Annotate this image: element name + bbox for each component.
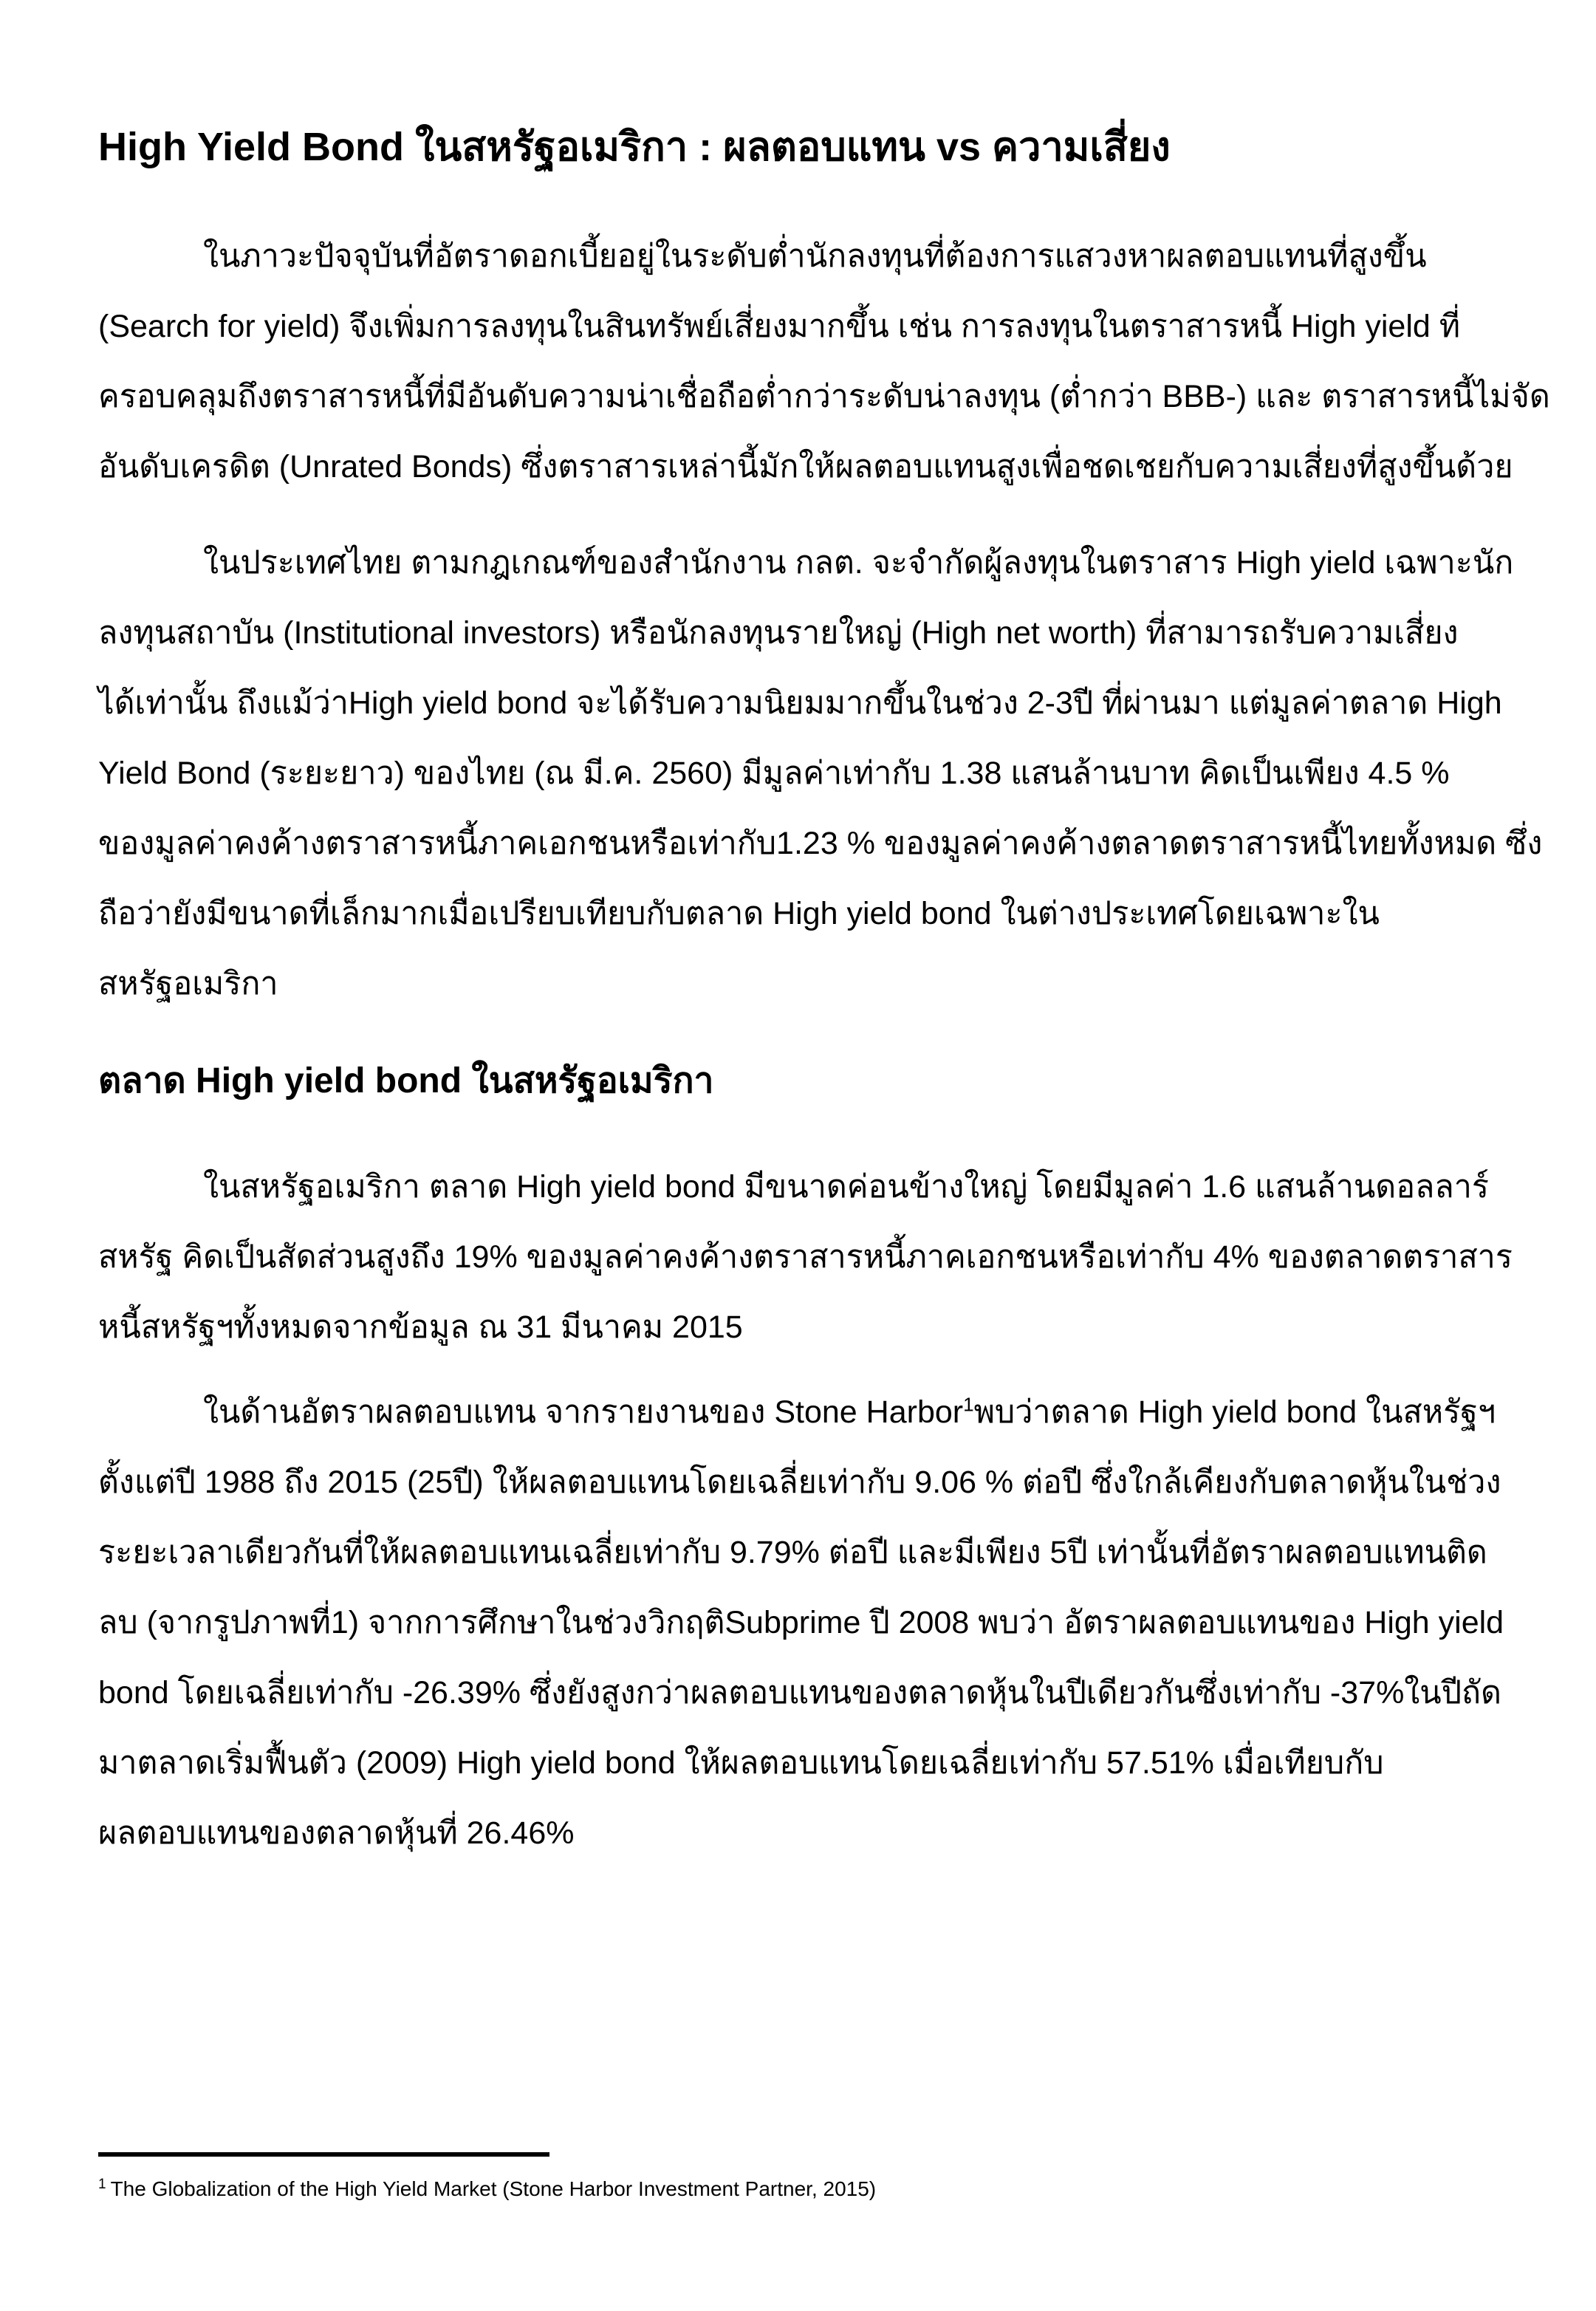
footnote-marker: 1 xyxy=(98,2177,106,2192)
paragraph-line: bond โดยเฉลี่ยเท่ากับ -26.39% ซึ่งยังสูง… xyxy=(98,1658,1501,1728)
paragraph-line: ผลตอบแทนของตลาดหุ้นที่ 26.46% xyxy=(98,1798,1501,1869)
paragraph-line: อันดับเครดิต (Unrated Bonds) ซึ่งตราสารเ… xyxy=(98,432,1501,502)
section-heading-us-market: ตลาด High yield bond ในสหรัฐอเมริกา xyxy=(98,1055,1501,1108)
footnote-separator-rule xyxy=(98,2152,549,2157)
paragraph-line: ตั้งแต่ปี 1988 ถึง 2015 (25ปี) ให้ผลตอบแ… xyxy=(98,1448,1501,1518)
paragraph-line: ในประเทศไทย ตามกฎเกณฑ์ของสำนักงาน กลต. จ… xyxy=(98,528,1501,598)
footnote-reference-superscript: 1 xyxy=(963,1394,973,1416)
document-title: High Yield Bond ในสหรัฐอเมริกา : ผลตอบแท… xyxy=(98,120,1501,174)
paragraph-line: ในภาวะปัจจุบันที่อัตราดอกเบี้ยอยู่ในระดั… xyxy=(98,222,1501,292)
paragraph-line-text: พบว่าตลาด High yield bond ในสหรัฐฯ xyxy=(974,1394,1496,1430)
paragraph-line: Yield Bond (ระยะยาว) ของไทย (ณ มี.ค. 256… xyxy=(98,739,1501,809)
paragraph-line: ของมูลค่าคงค้างตราสารหนี้ภาคเอกชนหรือเท่… xyxy=(98,809,1501,879)
paragraph-line: ลงทุนสถาบัน (Institutional investors) หร… xyxy=(98,598,1501,668)
paragraph-line: ระยะเวลาเดียวกันที่ให้ผลตอบแทนเฉลี่ยเท่า… xyxy=(98,1518,1501,1588)
paragraph-line: สหรัฐอเมริกา xyxy=(98,949,1501,1019)
footnote: 1The Globalization of the High Yield Mar… xyxy=(98,2173,1501,2205)
paragraph-line: ลบ (จากรูปภาพที่1) จากการศึกษาในช่วงวิกฤ… xyxy=(98,1588,1501,1658)
paragraph-thailand-market: ในประเทศไทย ตามกฎเกณฑ์ของสำนักงาน กลต. จ… xyxy=(98,528,1501,1019)
paragraph-returns: ในด้านอัตราผลตอบแทน จากรายงานของ Stone H… xyxy=(98,1377,1501,1869)
document-page: High Yield Bond ในสหรัฐอเมริกา : ผลตอบแท… xyxy=(0,0,1596,2311)
paragraph-line: มาตลาดเริ่มฟื้นตัว (2009) High yield bon… xyxy=(98,1728,1501,1798)
paragraph-us-market-size: ในสหรัฐอเมริกา ตลาด High yield bond มีขน… xyxy=(98,1152,1501,1363)
footnote-text: The Globalization of the High Yield Mark… xyxy=(111,2177,877,2200)
paragraph-line: หนี้สหรัฐฯทั้งหมดจากข้อมูล ณ 31 มีนาคม 2… xyxy=(98,1293,1501,1363)
paragraph-line: ในด้านอัตราผลตอบแทน จากรายงานของ Stone H… xyxy=(98,1377,1501,1448)
paragraph-line: ครอบคลุมถึงตราสารหนี้ที่มีอันดับความน่าเ… xyxy=(98,362,1501,432)
paragraph-line: ได้เท่านั้น ถึงแม้ว่าHigh yield bond จะไ… xyxy=(98,668,1501,739)
paragraph-line: ในสหรัฐอเมริกา ตลาด High yield bond มีขน… xyxy=(98,1152,1501,1222)
paragraph-line-text: ในด้านอัตราผลตอบแทน จากรายงานของ Stone H… xyxy=(203,1394,963,1430)
paragraph-intro: ในภาวะปัจจุบันที่อัตราดอกเบี้ยอยู่ในระดั… xyxy=(98,222,1501,502)
paragraph-line: (Search for yield) จึงเพิ่มการลงทุนในสิน… xyxy=(98,292,1501,362)
paragraph-line: ถือว่ายังมีขนาดที่เล็กมากเมื่อเปรียบเทีย… xyxy=(98,879,1501,949)
paragraph-line: สหรัฐ คิดเป็นสัดส่วนสูงถึง 19% ของมูลค่า… xyxy=(98,1222,1501,1293)
